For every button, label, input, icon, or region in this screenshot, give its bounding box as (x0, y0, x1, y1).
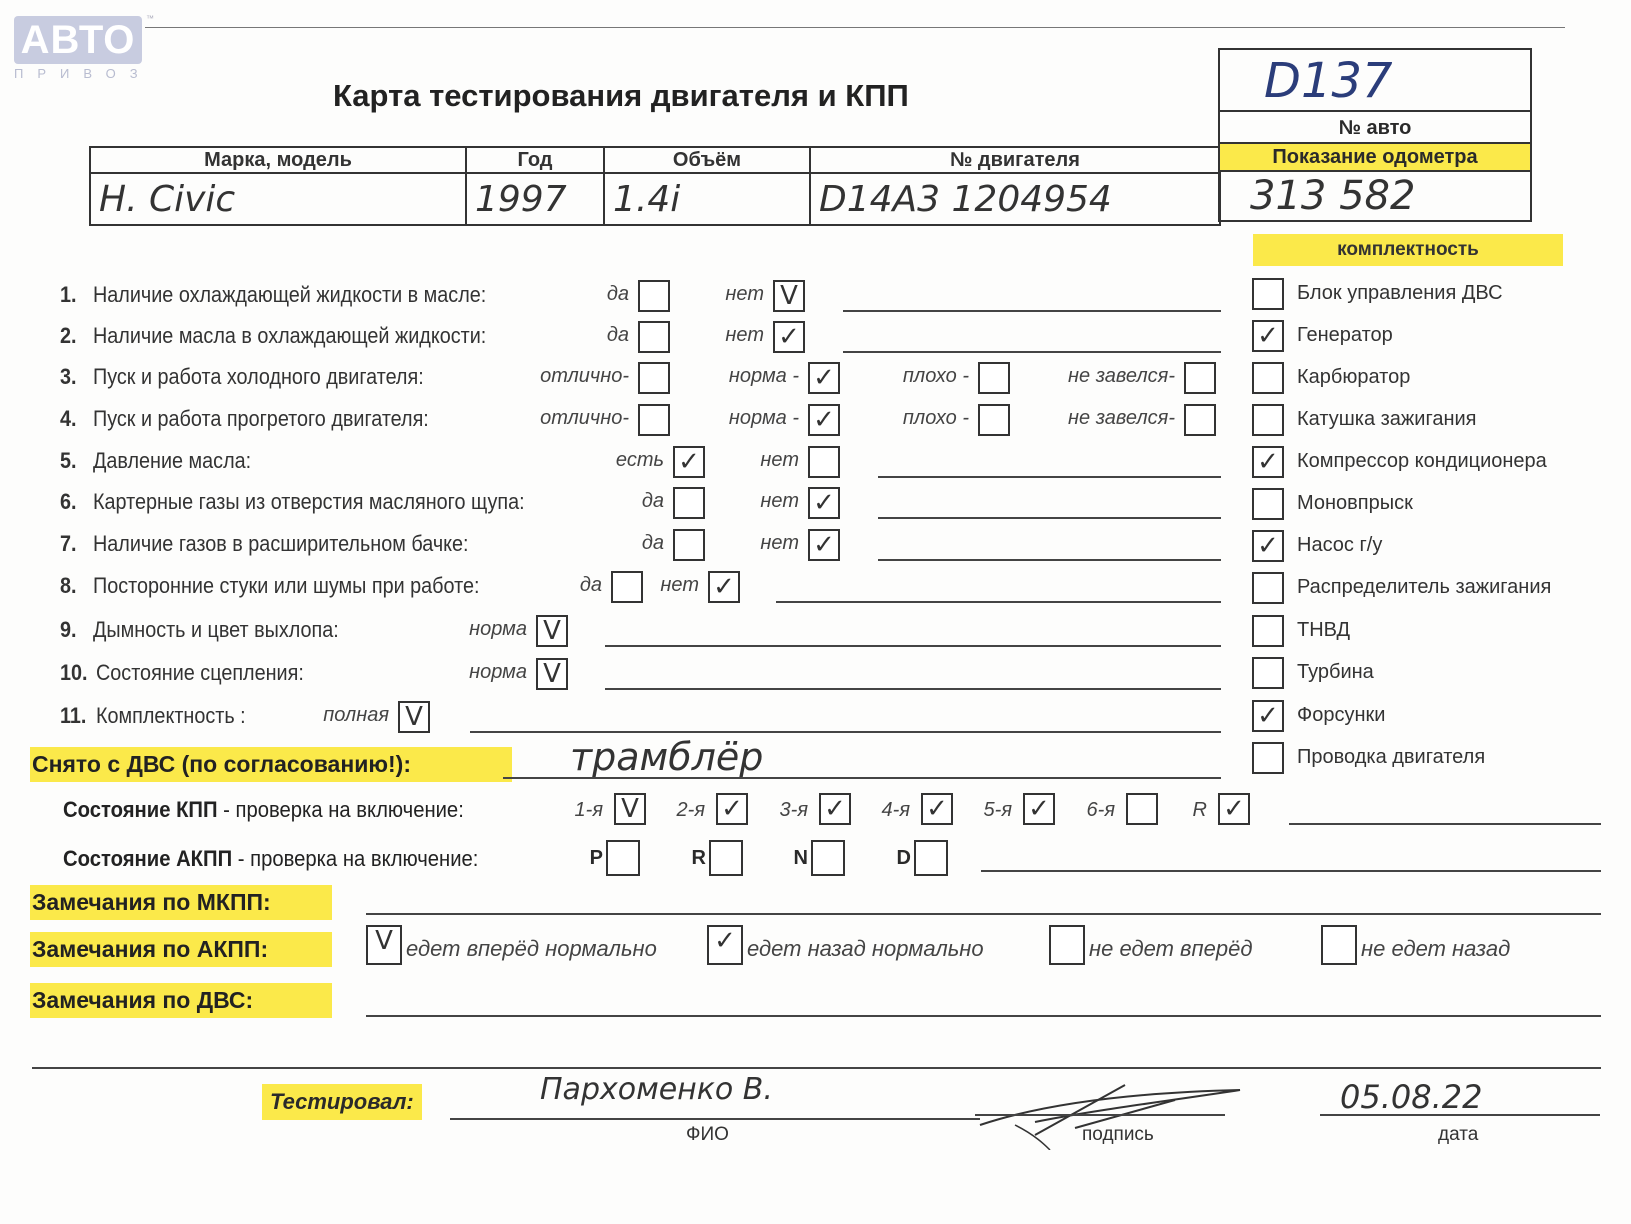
option-label: нет (760, 449, 799, 472)
akpp-position-label: P (590, 847, 603, 870)
signature-caption: подпись (1082, 1124, 1154, 1146)
option-checkbox[interactable]: V (536, 658, 568, 690)
year-field[interactable]: 1997 (466, 173, 604, 225)
remarks-mkpp-label: Замечания по МКПП: (30, 885, 332, 920)
question-text: Давление масла: (93, 448, 251, 474)
logo-subtitle: ПРИВОЗ (14, 66, 144, 81)
option-label: есть (616, 449, 664, 472)
option-checkbox[interactable]: V (536, 615, 568, 647)
question-text: Наличие газов в расширительном бачке: (93, 531, 469, 557)
komplektnost-item-label: Форсунки (1297, 704, 1385, 727)
komplektnost-checkbox[interactable] (1252, 362, 1284, 394)
komplektnost-checkbox[interactable] (1252, 572, 1284, 604)
header-volume: Объём (604, 147, 810, 173)
akpp-position-label: R (692, 847, 706, 870)
komplektnost-item-label: Моновпрыск (1297, 492, 1413, 515)
komplektnost-item-label: Карбюратор (1297, 366, 1410, 389)
option-checkbox[interactable] (978, 404, 1010, 436)
auto-box: D137 № авто Показание одометра 313 582 (1218, 48, 1532, 222)
kpp-label: Состояние КПП - проверка на включение: (63, 797, 464, 823)
akpp-remark-checkbox[interactable]: V (366, 925, 402, 965)
notes-line (878, 559, 1221, 561)
akpp-remark-label: не едет назад (1361, 936, 1510, 962)
notes-line (878, 517, 1221, 519)
option-label: нет (760, 532, 799, 555)
option-label: норма (469, 661, 527, 684)
remarks-akpp-label: Замечания по АКПП: (30, 932, 332, 967)
akpp-remark-label: не едет вперёд (1089, 936, 1253, 962)
remarks-dvs-label: Замечания по ДВС: (30, 983, 332, 1018)
option-checkbox[interactable] (638, 321, 670, 353)
name-caption: ФИО (686, 1124, 729, 1146)
vehicle-table: Марка, модель Год Объём № двигателя H. C… (89, 146, 1221, 226)
option-checkbox[interactable] (611, 571, 643, 603)
odometer-label: Показание одометра (1220, 144, 1530, 172)
option-checkbox[interactable] (638, 280, 670, 312)
notes-line (605, 688, 1221, 690)
option-label: да (580, 574, 602, 597)
komplektnost-checkbox[interactable]: ✓ (1252, 700, 1284, 732)
akpp-position-label: N (794, 847, 808, 870)
gear-label: 1-я (575, 799, 603, 822)
question-number: 10. (60, 660, 88, 686)
question-number: 7. (60, 531, 77, 557)
akpp-label-bold: Состояние АКПП (63, 846, 232, 871)
komplektnost-item-label: Турбина (1297, 661, 1374, 684)
option-checkbox[interactable] (638, 404, 670, 436)
option-label: полная (323, 704, 389, 727)
notes-line (843, 310, 1221, 312)
name-line (450, 1118, 980, 1120)
komplektnost-item-label: Распределитель зажигания (1297, 576, 1551, 599)
question-text: Комплектность : (96, 703, 246, 729)
akpp-remark-label: едет назад нормально (747, 936, 984, 962)
notes-line (470, 731, 1221, 733)
question-text: Состояние сцепления: (96, 660, 304, 686)
option-label: плохо - (903, 407, 969, 430)
komplektnost-item-label: Компрессор кондиционера (1297, 450, 1547, 473)
akpp-remark-label: едет вперёд нормально (406, 936, 657, 962)
komplektnost-item-label: Блок управления ДВС (1297, 282, 1503, 305)
option-label: нет (660, 574, 699, 597)
header-engine-no: № двигателя (810, 147, 1220, 173)
question-number: 9. (60, 617, 77, 643)
option-label: нет (760, 490, 799, 513)
question-number: 3. (60, 364, 77, 390)
option-checkbox[interactable]: ✓ (808, 487, 840, 519)
option-checkbox[interactable]: ✓ (808, 362, 840, 394)
make-model-field[interactable]: H. Civic (90, 173, 466, 225)
header-make-model: Марка, модель (90, 147, 466, 173)
akpp-position-checkbox[interactable] (811, 840, 845, 876)
option-checkbox[interactable]: ✓ (673, 446, 705, 478)
option-checkbox[interactable] (978, 362, 1010, 394)
logo-tm: ™ (146, 14, 154, 23)
engine-no-field[interactable]: D14A3 1204954 (810, 173, 1220, 225)
option-checkbox[interactable]: ✓ (808, 404, 840, 436)
question-number: 6. (60, 489, 77, 515)
gear-checkbox[interactable]: ✓ (716, 793, 748, 825)
option-checkbox[interactable] (638, 362, 670, 394)
question-text: Картерные газы из отверстия масляного щу… (93, 489, 525, 515)
option-checkbox[interactable]: ✓ (808, 529, 840, 561)
akpp-position-checkbox[interactable] (914, 840, 948, 876)
option-checkbox[interactable] (808, 446, 840, 478)
tested-label: Тестировал: (262, 1084, 422, 1120)
question-number: 11. (60, 703, 86, 729)
gear-label: 4-я (882, 799, 910, 822)
tester-name-field[interactable]: Пархоменко В. (540, 1072, 773, 1107)
header-year: Год (466, 147, 604, 173)
auto-number-field[interactable]: D137 (1220, 50, 1530, 112)
gear-checkbox[interactable]: ✓ (819, 793, 851, 825)
akpp-label-rest: - проверка на включение: (232, 846, 478, 871)
question-text: Пуск и работа прогретого двигателя: (93, 406, 429, 432)
komplektnost-item-label: ТНВД (1297, 619, 1350, 642)
komplektnost-item-label: Генератор (1297, 324, 1393, 347)
akpp-remark-checkbox[interactable]: ✓ (707, 925, 743, 965)
removed-field[interactable]: трамблёр (570, 735, 763, 779)
option-label: плохо - (903, 365, 969, 388)
gear-label: R (1193, 799, 1207, 822)
komplektnost-checkbox[interactable] (1252, 742, 1284, 774)
option-label: да (607, 283, 629, 306)
option-label: не завелся- (1068, 365, 1175, 388)
komplektnost-checkbox[interactable] (1252, 615, 1284, 647)
question-text: Пуск и работа холодного двигателя: (93, 364, 424, 390)
option-checkbox[interactable]: ✓ (773, 321, 805, 353)
logo: АВТО (14, 16, 142, 64)
question-text: Посторонние стуки или шумы при работе: (93, 573, 479, 599)
removed-label: Снято с ДВС (по согласованию!): (30, 747, 512, 782)
komplektnost-checkbox[interactable]: ✓ (1252, 446, 1284, 478)
option-checkbox[interactable]: V (398, 701, 430, 733)
option-label: да (642, 490, 664, 513)
akpp-underline (981, 870, 1601, 872)
notes-line (605, 645, 1221, 647)
question-text: Наличие масла в охлаждающей жидкости: (93, 323, 486, 349)
question-number: 2. (60, 323, 77, 349)
option-label: нет (725, 324, 764, 347)
gear-checkbox[interactable]: ✓ (921, 793, 953, 825)
gear-label: 6-я (1087, 799, 1115, 822)
option-label: норма (469, 618, 527, 641)
volume-field[interactable]: 1.4i (604, 173, 810, 225)
komplektnost-checkbox[interactable] (1252, 278, 1284, 310)
date-field[interactable]: 05.08.22 (1340, 1078, 1483, 1116)
date-line (1320, 1114, 1600, 1116)
question-text: Наличие охлаждающей жидкости в масле: (93, 282, 486, 308)
gear-checkbox[interactable]: ✓ (1218, 793, 1250, 825)
kpp-underline (1289, 823, 1601, 825)
kpp-label-rest: - проверка на включение: (218, 797, 464, 822)
gear-label: 2-я (677, 799, 705, 822)
akpp-position-label: D (897, 847, 911, 870)
option-label: норма - (729, 407, 799, 430)
option-label: нет (725, 283, 764, 306)
option-checkbox[interactable]: V (773, 280, 805, 312)
notes-line (878, 476, 1221, 478)
option-label: не завелся- (1068, 407, 1175, 430)
kpp-label-bold: Состояние КПП (63, 797, 218, 822)
option-checkbox[interactable] (1184, 362, 1216, 394)
komplektnost-checkbox[interactable] (1252, 404, 1284, 436)
notes-line (776, 601, 1221, 603)
notes-line (843, 351, 1221, 353)
komplektnost-header: комплектность (1253, 234, 1563, 266)
signature-line (975, 1114, 1225, 1116)
akpp-remark-checkbox[interactable] (1049, 925, 1085, 965)
page-title: Карта тестирования двигателя и КПП (333, 78, 909, 114)
question-number: 5. (60, 448, 77, 474)
remarks-mkpp-line (366, 913, 1601, 915)
akpp-position-checkbox[interactable] (606, 840, 640, 876)
question-text: Дымность и цвет выхлопа: (93, 617, 339, 643)
gear-label: 5-я (984, 799, 1012, 822)
komplektnost-item-label: Катушка зажигания (1297, 408, 1477, 431)
option-label: да (607, 324, 629, 347)
gear-checkbox[interactable]: ✓ (1023, 793, 1055, 825)
section-divider (32, 1067, 1601, 1069)
option-checkbox[interactable] (673, 487, 705, 519)
date-caption: дата (1438, 1124, 1478, 1146)
komplektnost-item-label: Насос г/у (1297, 534, 1382, 557)
removed-underline (503, 777, 1221, 779)
komplektnost-checkbox[interactable]: ✓ (1252, 530, 1284, 562)
akpp-remark-checkbox[interactable] (1321, 925, 1357, 965)
option-label: норма - (729, 365, 799, 388)
komplektnost-checkbox[interactable]: ✓ (1252, 320, 1284, 352)
komplektnost-checkbox[interactable] (1252, 488, 1284, 520)
komplektnost-item-label: Проводка двигателя (1297, 746, 1485, 769)
akpp-label: Состояние АКПП - проверка на включение: (63, 846, 478, 872)
akpp-position-checkbox[interactable] (709, 840, 743, 876)
option-checkbox[interactable] (673, 529, 705, 561)
divider (145, 27, 1565, 28)
option-label: да (642, 532, 664, 555)
remarks-dvs-line (366, 1015, 1601, 1017)
option-checkbox[interactable]: ✓ (708, 571, 740, 603)
gear-label: 3-я (780, 799, 808, 822)
question-number: 1. (60, 282, 77, 308)
gear-checkbox[interactable]: V (614, 793, 646, 825)
gear-checkbox[interactable] (1126, 793, 1158, 825)
odometer-field[interactable]: 313 582 (1220, 172, 1530, 220)
option-checkbox[interactable] (1184, 404, 1216, 436)
komplektnost-checkbox[interactable] (1252, 657, 1284, 689)
question-number: 4. (60, 406, 77, 432)
option-label: отлично- (540, 365, 629, 388)
auto-number-label: № авто (1220, 114, 1530, 144)
option-label: отлично- (540, 407, 629, 430)
question-number: 8. (60, 573, 77, 599)
